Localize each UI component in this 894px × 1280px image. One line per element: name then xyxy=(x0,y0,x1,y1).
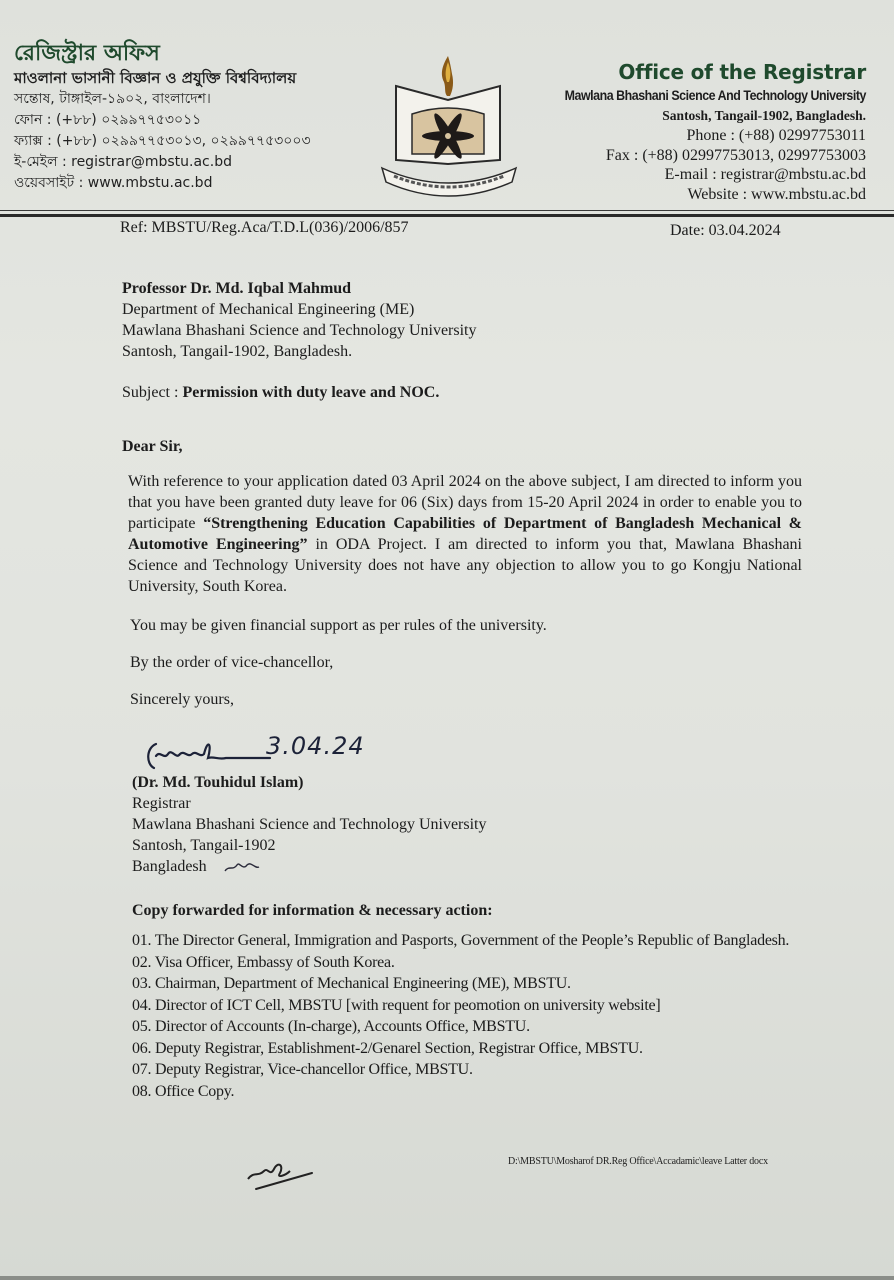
letter-body: Professor Dr. Md. Iqbal Mahmud Departmen… xyxy=(122,278,812,710)
university-crest-icon xyxy=(376,52,522,197)
bengali-fax: ফ্যাক্স : (+৮৮) ০২৯৯৭৭৫৩০১৩, ০২৯৯৭৭৫৩০০৩ xyxy=(14,131,354,152)
main-paragraph: With reference to your application dated… xyxy=(122,471,812,597)
bengali-website: ওয়েবসাইট : www.mbstu.ac.bd xyxy=(14,173,354,194)
reference-number: Ref: MBSTU/Reg.Aca/T.D.L(036)/2006/857 xyxy=(120,219,409,237)
letterhead-bengali: রেজিস্ট্রার অফিস মাওলানা ভাসানী বিজ্ঞান … xyxy=(14,40,354,194)
list-item: 07. Deputy Registrar, Vice-chancellor Of… xyxy=(132,1059,852,1081)
signature-date: 3.04.24 xyxy=(266,736,365,757)
office-fax: Fax : (+88) 02997753013, 02997753003 xyxy=(536,146,866,166)
list-item: 01. The Director General, Immigration an… xyxy=(132,930,852,952)
recipient-institution: Mawlana Bhashani Science and Technology … xyxy=(122,320,812,341)
closing: Sincerely yours, xyxy=(122,689,812,710)
financial-support-note: You may be given financial support as pe… xyxy=(122,615,812,636)
recipient-address: Professor Dr. Md. Iqbal Mahmud Departmen… xyxy=(122,278,812,362)
signatory-address: Santosh, Tangail-1902 xyxy=(132,835,632,856)
copy-forwarded-section: Copy forwarded for information & necessa… xyxy=(132,900,852,1102)
signatory-institution: Mawlana Bhashani Science and Technology … xyxy=(132,814,632,835)
signatory-country: Bangladesh xyxy=(132,858,207,875)
handwritten-signature: 3.04.24 xyxy=(132,738,632,772)
recipient-department: Department of Mechanical Engineering (ME… xyxy=(122,299,812,320)
page-bottom-edge xyxy=(0,1276,894,1280)
list-item: 05. Director of Accounts (In-charge), Ac… xyxy=(132,1016,852,1038)
salutation: Dear Sir, xyxy=(122,436,812,457)
footer-initials-icon xyxy=(240,1155,320,1200)
office-address: Santosh, Tangail-1902, Bangladesh. xyxy=(536,106,866,126)
header-divider-thin xyxy=(0,210,894,211)
signature-block: 3.04.24 (Dr. Md. Touhidul Islam) Registr… xyxy=(132,738,632,877)
subject-label: Subject : xyxy=(122,384,182,401)
list-item: 08. Office Copy. xyxy=(132,1081,852,1103)
copy-forwarded-list: 01. The Director General, Immigration an… xyxy=(132,930,852,1102)
office-email: E-mail : registrar@mbstu.ac.bd xyxy=(536,165,866,185)
university-name: Mawlana Bhashani Science And Technology … xyxy=(562,86,866,106)
subject-text: Permission with duty leave and NOC. xyxy=(182,384,439,401)
order-note: By the order of vice-chancellor, xyxy=(122,652,812,673)
bengali-office-title: রেজিস্ট্রার অফিস xyxy=(14,40,354,68)
list-item: 03. Chairman, Department of Mechanical E… xyxy=(132,973,852,995)
bengali-email: ই-মেইল : registrar@mbstu.ac.bd xyxy=(14,152,354,173)
letterhead-english: Office of the Registrar Mawlana Bhashani… xyxy=(536,58,866,204)
bengali-university-name: মাওলানা ভাসানী বিজ্ঞান ও প্রযুক্তি বিশ্ব… xyxy=(14,68,354,89)
signatory-title: Registrar xyxy=(132,793,632,814)
file-path: D:\MBSTU\Mosharof DR.Reg Office\Accadami… xyxy=(508,1156,768,1167)
subject-line: Subject : Permission with duty leave and… xyxy=(122,382,812,403)
copy-forwarded-heading: Copy forwarded for information & necessa… xyxy=(132,900,852,922)
bengali-address: সন্তোষ, টাঙ্গাইল-১৯০২, বাংলাদেশ। xyxy=(14,89,354,110)
initials-icon xyxy=(221,859,261,875)
letter-page: রেজিস্ট্রার অফিস মাওলানা ভাসানী বিজ্ঞান … xyxy=(0,0,894,1280)
list-item: 02. Visa Officer, Embassy of South Korea… xyxy=(132,952,852,974)
office-title: Office of the Registrar xyxy=(536,58,866,86)
signatory-name: (Dr. Md. Touhidul Islam) xyxy=(132,772,632,793)
signature-icon xyxy=(142,734,272,774)
recipient-name: Professor Dr. Md. Iqbal Mahmud xyxy=(122,278,812,299)
bengali-phone: ফোন : (+৮৮) ০২৯৯৭৭৫৩০১১ xyxy=(14,110,354,131)
recipient-location: Santosh, Tangail-1902, Bangladesh. xyxy=(122,341,812,362)
office-website: Website : www.mbstu.ac.bd xyxy=(536,185,866,205)
list-item: 04. Director of ICT Cell, MBSTU [with re… xyxy=(132,995,852,1017)
office-phone: Phone : (+88) 02997753011 xyxy=(536,126,866,146)
letter-date: Date: 03.04.2024 xyxy=(670,222,781,240)
list-item: 06. Deputy Registrar, Establishment-2/Ge… xyxy=(132,1038,852,1060)
signatory-country-line: Bangladesh xyxy=(132,856,632,877)
header-divider-thick xyxy=(0,214,894,217)
